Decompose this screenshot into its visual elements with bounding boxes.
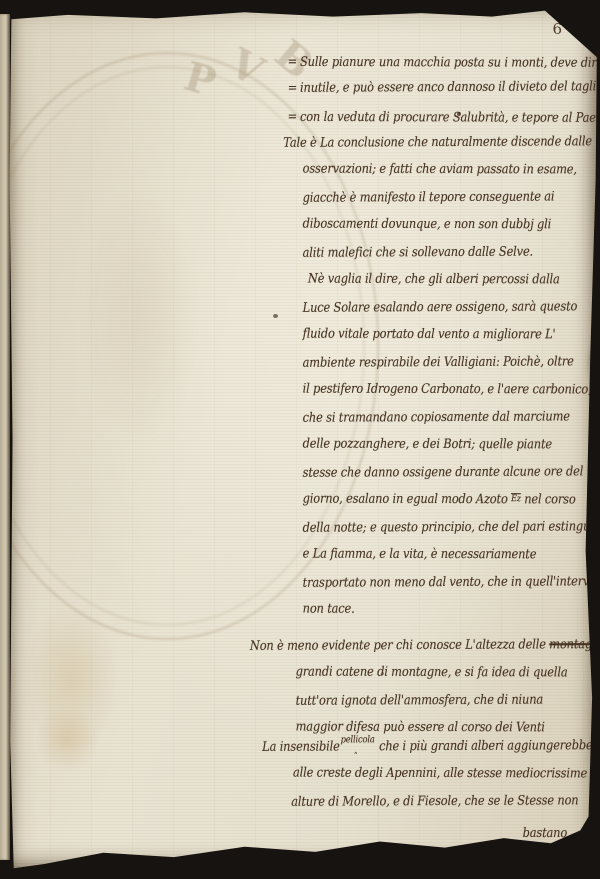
text-segment: ambiente respirabile dei Valligiani: Poi… [303, 354, 574, 370]
text-segment: non tace. [303, 602, 355, 617]
manuscript-line: trasportato non meno dal vento, che in q… [303, 568, 600, 597]
manuscript-line: non tace. [303, 596, 600, 624]
text-segment: osservazioni; e fatti che aviam passato … [303, 162, 577, 178]
manuscript-line: Non è meno evidente per chi conosce L'al… [250, 631, 600, 660]
manuscript-line: delle pozzanghere, e dei Botri; quelle p… [303, 431, 600, 459]
text-segment: con la veduta di procurare Salubrità, e … [300, 110, 600, 126]
text-segment: Nè vaglia il dire, che gli alberi percos… [308, 272, 560, 288]
manuscript-line: =con la veduta di procurare Salubrità, e… [300, 101, 600, 129]
text-segment: delle pozzanghere, e dei Botri; quelle p… [303, 437, 552, 453]
text-segment: Tale è La conclusione che naturalmente d… [283, 134, 592, 151]
text-segment: trasportato non meno dal vento, che in q… [303, 574, 600, 591]
manuscript-line: =inutile, e può essere anco dannoso il d… [300, 73, 600, 102]
manuscript-line: aliti malefici che si sollevano dalle Se… [303, 238, 600, 267]
text-segment: grandi catene di montagne, e si fa idea … [296, 665, 568, 681]
manuscript-line: alle creste degli Apennini, alle stesse … [293, 760, 600, 788]
text-segment: e La fiamma, e la vita, è necessariament… [303, 547, 537, 563]
text-segment: il pestifero Idrogeno Carbonato, e l'aer… [303, 382, 592, 398]
text-segment: nel corso [521, 492, 576, 507]
manuscript-line: stesse che danno ossigene durante alcune… [303, 458, 600, 487]
manuscript-line: Nè vaglia il dire, che gli alberi percos… [308, 266, 600, 294]
manuscript-text: =Sulle pianure una macchia posta su i mo… [300, 46, 600, 848]
quote-continuation-mark: = [288, 74, 292, 102]
facing-page-edge [0, 14, 10, 860]
text-segment: inutile, e può essere anco dannoso il di… [300, 79, 600, 96]
manuscript-photo: P V B =Sulle pianure una macchia posta s… [0, 0, 600, 879]
text-segment: fluido vitale portato dal vento a miglio… [303, 327, 556, 343]
manuscript-line: La insensibilepellicola che i più grandi… [262, 732, 600, 761]
quote-continuation-mark: = [288, 49, 292, 77]
text-segment: bastano [523, 826, 568, 841]
text-segment: alle creste degli Apennini, alle stesse … [293, 766, 587, 782]
manuscript-line: ambiente respirabile dei Valligiani: Poi… [303, 348, 600, 377]
manuscript-line: che si tramandano copiosamente dal marci… [303, 403, 600, 432]
manuscript-line: diboscamenti dovunque, e non son dubbj g… [303, 211, 600, 239]
text-segment: Non è meno evidente per chi conosce L'al… [250, 637, 550, 653]
text-segment: che si tramandano copiosamente dal marci… [303, 409, 570, 425]
text-segment: della notte; e questo principio, che del… [303, 519, 597, 535]
text-segment: tutt'ora ignota dell'ammosfera, che di n… [296, 692, 544, 708]
manuscript-line: osservazioni; e fatti che aviam passato … [303, 156, 600, 184]
text-segment: che i più grandi alberi aggiungerebbero [376, 738, 600, 754]
manuscript-line: alture di Morello, e di Fiesole, che se … [291, 787, 600, 816]
manuscript-line: della notte; e questo principio, che del… [303, 513, 600, 542]
text-segment: pellicola [341, 726, 375, 754]
manuscript-line: giacchè è manifesto il tepore conseguent… [303, 183, 600, 212]
page-number: 6 [552, 20, 562, 38]
text-segment: Ez [511, 494, 521, 504]
text-segment: alture di Morello, e di Fiesole, che se … [291, 793, 578, 809]
manuscript-line: e La fiamma, e la vita, è necessariament… [303, 541, 600, 569]
text-segment: montagne [549, 637, 600, 652]
manuscript-line: il pestifero Idrogeno Carbonato, e l'aer… [303, 376, 600, 404]
text-segment: Luce Solare esalando aere ossigeno, sarà… [303, 299, 578, 315]
manuscript-line: Tale è La conclusione che naturalmente d… [283, 128, 600, 157]
quote-continuation-mark: = [288, 104, 292, 132]
manuscript-line: bastano [523, 820, 600, 848]
manuscript-line: fluido vitale portato dal vento a miglio… [303, 321, 600, 349]
text-segment: stesse che danno ossigene durante alcune… [303, 464, 584, 480]
manuscript-line: grandi catene di montagne, e si fa idea … [296, 659, 600, 687]
manuscript-line: tutt'ora ignota dell'ammosfera, che di n… [296, 686, 600, 715]
paper-stain [35, 708, 99, 772]
manuscript-line: =Sulle pianure una macchia posta su i mo… [300, 46, 600, 74]
manuscript-line: giorno, esalano in egual modo Azoto Ez n… [303, 486, 600, 514]
text-segment: Sulle pianure una macchia posta su i mon… [300, 55, 600, 71]
text-segment: La insensibile [262, 739, 340, 754]
manuscript-line: Luce Solare esalando aere ossigeno, sarà… [303, 293, 600, 322]
text-segment: aliti malefici che si sollevano dalle Se… [303, 244, 533, 260]
text-segment: diboscamenti dovunque, e non son dubbj g… [303, 217, 552, 233]
text-segment: giorno, esalano in egual modo Azoto [303, 492, 512, 508]
text-segment: giacchè è manifesto il tepore conseguent… [303, 189, 555, 205]
manuscript-page: P V B =Sulle pianure una macchia posta s… [9, 8, 598, 870]
